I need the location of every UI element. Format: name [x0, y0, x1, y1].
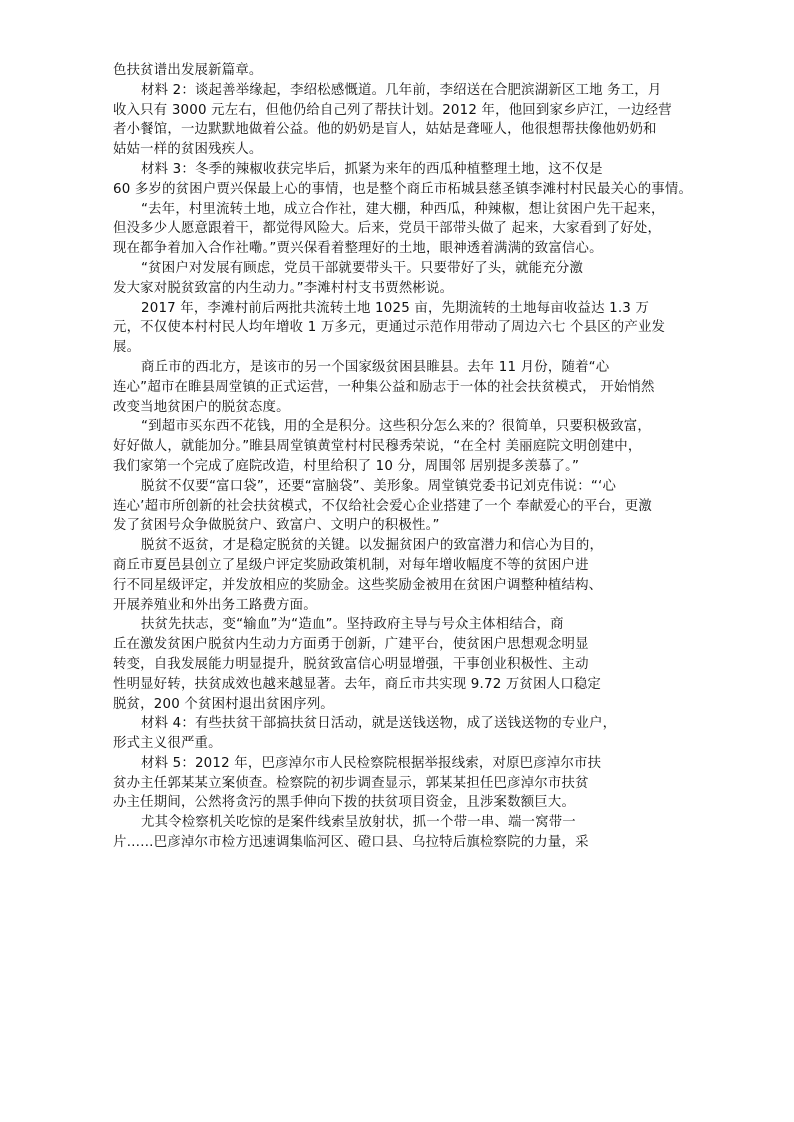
text-line: 但没多少人愿意跟着干，都觉得风险大。后来，党员干部带头做了 起来，大家看到了好处…	[113, 219, 713, 239]
text-line: 脱贫不仅要“富口袋”，还要“富脑袋”、美形象。周堂镇党委书记刘克伟说：“‘心	[113, 477, 713, 497]
text-line: 现在都争着加入合作社嘞。”贾兴保看着整理好的土地，眼神透着满满的致富信心。	[113, 239, 713, 259]
text-line: 脱贫，200 个贫困村退出贫困序列。	[113, 695, 713, 715]
text-line: 开展养殖业和外出务工路费方面。	[113, 596, 713, 616]
text-line: 办主任期间，公然将贪污的黑手伸向下拨的扶贫项目资金，且涉案数额巨大。	[113, 793, 713, 813]
text-line: 色扶贫谱出发展新篇章。	[113, 61, 713, 81]
text-line: 元，不仅使本村村民人均年增收 1 万多元，更通过示范作用带动了周边六七 个县区的…	[113, 318, 713, 338]
text-line: 形式主义很严重。	[113, 734, 713, 754]
text-line: 好好做人，就能加分。”睢县周堂镇黄堂村村民穆秀荣说，“在全村 美丽庭院文明创建中…	[113, 437, 713, 457]
text-line: 2017 年，李滩村前后两批共流转土地 1025 亩，先期流转的土地每亩收益达 …	[113, 299, 713, 319]
text-line: “到超市买东西不花钱，用的全是积分。这些积分怎么来的？很简单，只要积极致富，	[113, 417, 713, 437]
text-line: 转变，自我发展能力明显提升，脱贫致富信心明显增强，干事创业积极性、主动	[113, 655, 713, 675]
text-line: 性明显好转，扶贫成效也越来越显著。去年，商丘市共实现 9.72 万贫困人口稳定	[113, 675, 713, 695]
text-line: “去年，村里流转土地，成立合作社，建大棚，种西瓜，种辣椒，想让贫困户先干起来，	[113, 200, 713, 220]
text-line: 行不同星级评定，并发放相应的奖励金。这些奖励金被用在贫困户调整种植结构、	[113, 576, 713, 596]
text-line: 连心”超市在睢县周堂镇的正式运营，一种集公益和励志于一体的社会扶贫模式， 开始悄…	[113, 378, 713, 398]
text-line: 扶贫先扶志，变“输血”为“造血”。坚持政府主导与号众主体相结合，商	[113, 615, 713, 635]
text-line: 改变当地贫困户的脱贫态度。	[113, 398, 713, 418]
text-line: 材料 4：有些扶贫干部搞扶贫日活动，就是送钱送物，成了送钱送物的专业户，	[113, 714, 713, 734]
text-line: 展。	[113, 338, 713, 358]
text-line: 连心’超市所创新的社会扶贫模式，不仅给社会爱心企业搭建了一个 奉献爱心的平台，更…	[113, 497, 713, 517]
text-line: 姑姑一样的贫困残疾人。	[113, 140, 713, 160]
text-line: 者小餐馆，一边默默地做着公益。他的奶奶是盲人，姑姑是聋哑人，他很想帮扶像他奶奶和	[113, 120, 713, 140]
text-line: 商丘市的西北方，是该市的另一个国家级贫困县睢县。去年 11 月份，随着“心	[113, 358, 713, 378]
text-line: 材料 2：谈起善举缘起，李绍松感慨道。几年前，李绍送在合肥滨湖新区工地 务工，月	[113, 81, 713, 101]
text-line: 片……巴彦淖尔市检方迅速调集临河区、磴口县、乌拉特后旗检察院的力量，采	[113, 833, 713, 853]
text-line: 尤其令检察机关吃惊的是案件线索呈放射状，抓一个带一串、端一窝带一	[113, 813, 713, 833]
text-line: 贫办主任郭某某立案侦查。检察院的初步调查显示，郭某某担任巴彦淖尔市扶贫	[113, 774, 713, 794]
text-line: 我们家第一个完成了庭院改造，村里给积了 10 分，周围邻 居别提多羡慕了。”	[113, 457, 713, 477]
text-line: 丘在激发贫困户脱贫内生动力方面勇于创新，广建平台，使贫困户思想观念明显	[113, 635, 713, 655]
text-line: 商丘市夏邑县创立了星级户评定奖励政策机制，对每年增收幅度不等的贫困户进	[113, 556, 713, 576]
text-line: 材料 5：2012 年，巴彦淖尔市人民检察院根据举报线索，对原巴彦淖尔市扶	[113, 754, 713, 774]
text-line: 发大家对脱贫致富的内生动力。”李滩村村支书贾然彬说。	[113, 279, 713, 299]
text-line: 发了贫困号众争做脱贫户、致富户、文明户的积极性。”	[113, 516, 713, 536]
text-line: 脱贫不返贫，才是稳定脱贫的关键。以发掘贫困户的致富潜力和信心为目的，	[113, 536, 713, 556]
text-line: “贫困户对发展有顾虑，党员干部就要带头干。只要带好了头，就能充分激	[113, 259, 713, 279]
text-line: 材料 3：冬季的辣椒收获完毕后，抓紧为来年的西瓜种植整理土地，这不仅是	[113, 160, 713, 180]
text-line: 收入只有 3000 元左右，但他仍给自己列了帮扶计划。2012 年，他回到家乡庐…	[113, 101, 713, 121]
document-page: 色扶贫谱出发展新篇章。材料 2：谈起善举缘起，李绍松感慨道。几年前，李绍送在合肥…	[113, 61, 713, 853]
text-line: 60 多岁的贫困户贾兴保最上心的事情，也是整个商丘市柘城县慈圣镇李滩村村民最关心…	[113, 180, 713, 200]
